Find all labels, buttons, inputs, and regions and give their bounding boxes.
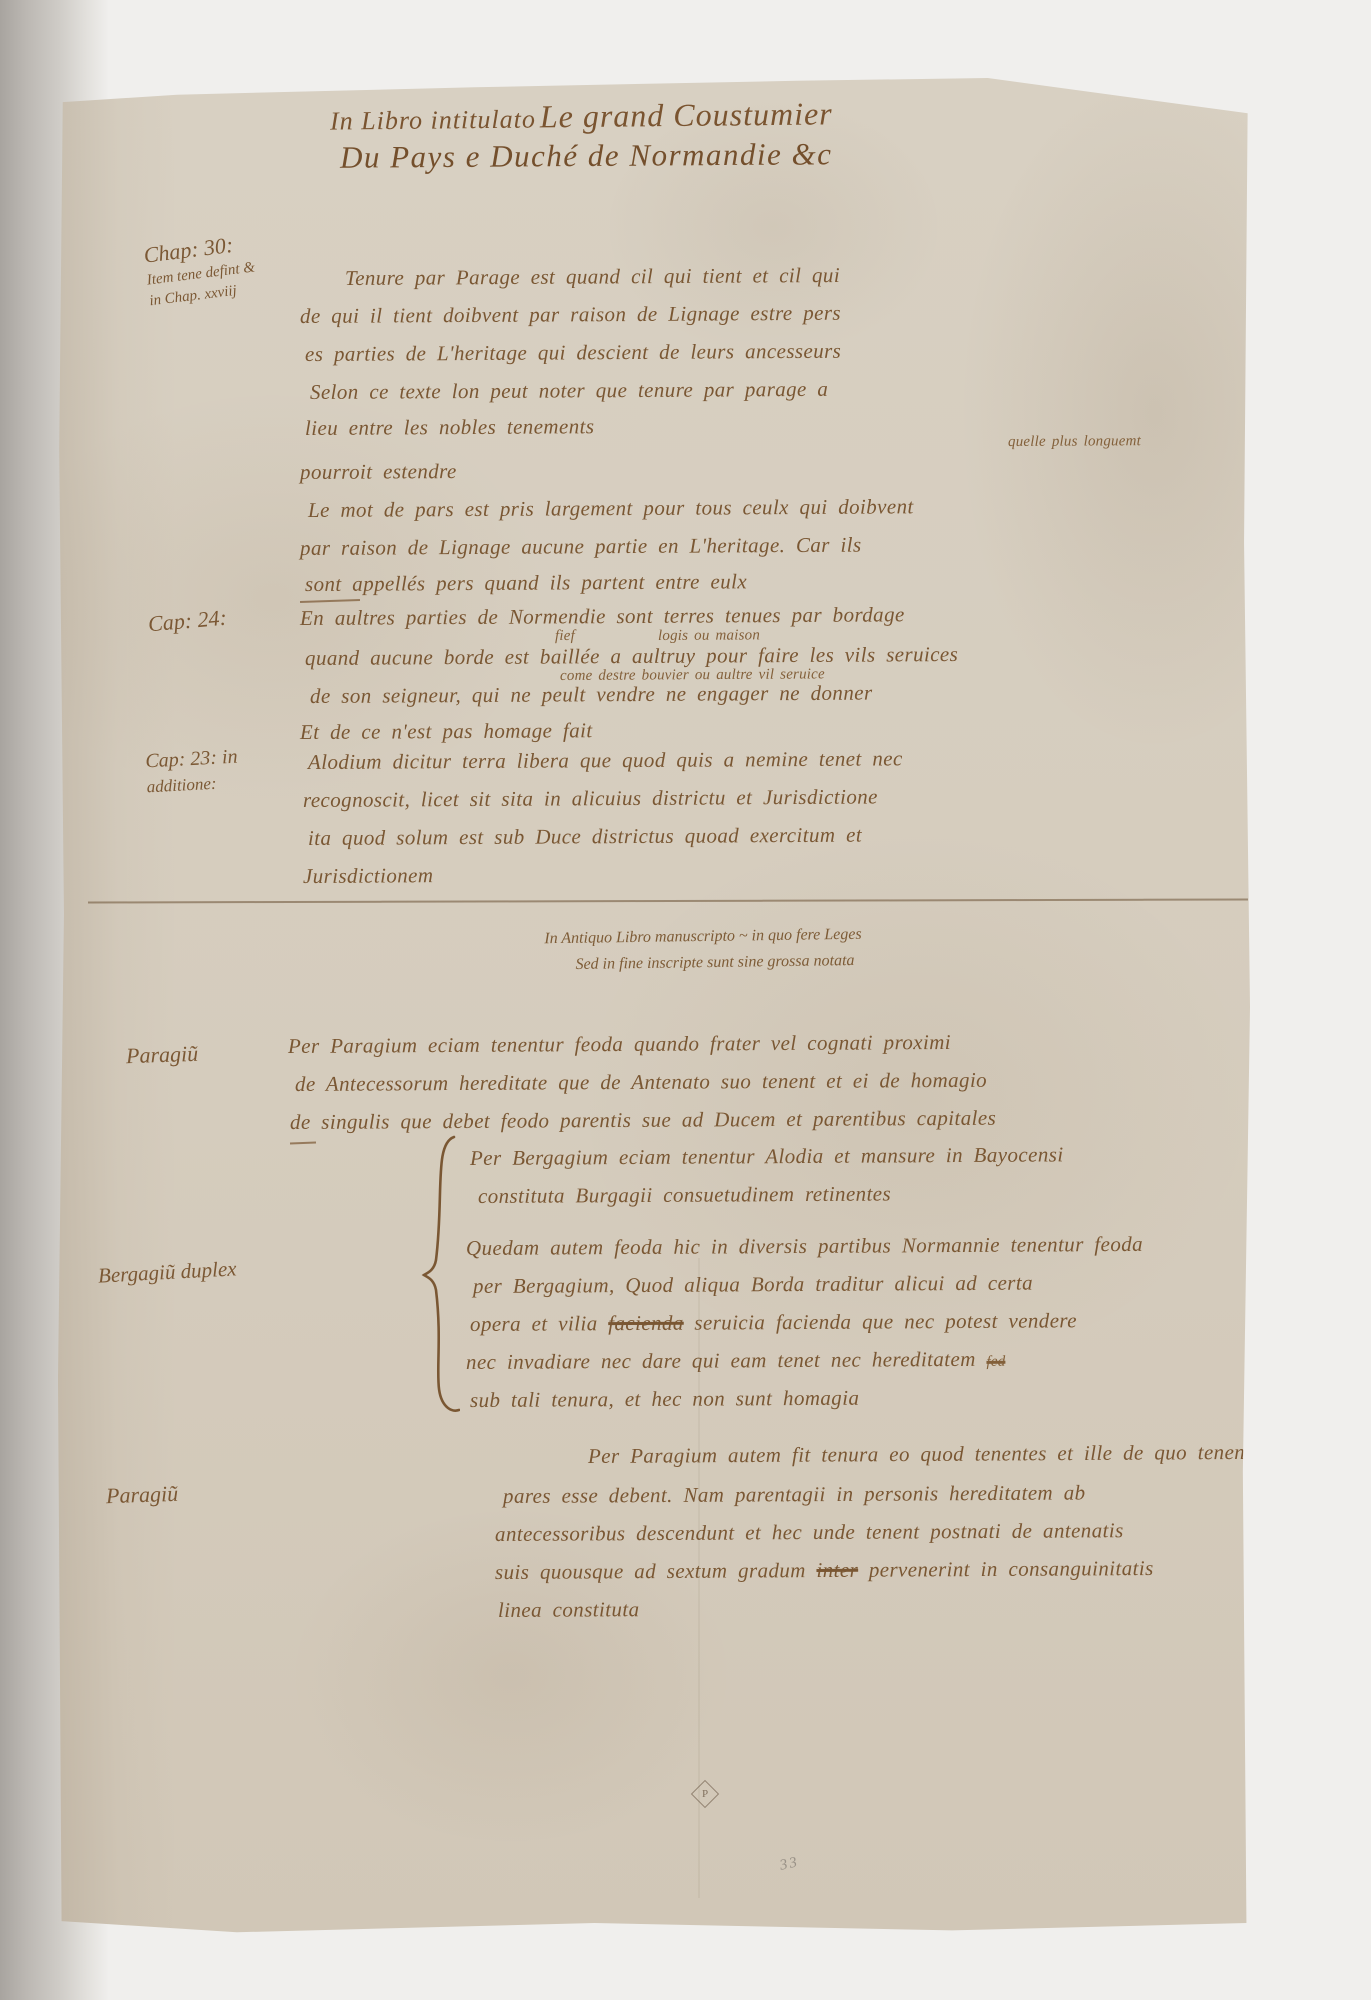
struck-word: fed	[986, 1354, 1005, 1370]
ink-dash	[290, 1142, 316, 1145]
manuscript-line-segment: suis quousque ad sextum gradum	[495, 1558, 817, 1584]
margin-note-line: Cap: 24:	[147, 605, 228, 638]
manuscript-line: par raison de Lignage aucune partie en L…	[300, 533, 862, 561]
margin-note-paragium-1: Paragiũ	[126, 1041, 199, 1070]
manuscript-line: Alodium dicitur terra libera que quod qu…	[308, 746, 903, 775]
margin-note-bergagium: Bergagiũ duplex	[97, 1256, 237, 1288]
manuscript-line: Per Paragium eciam tenentur feoda quando…	[288, 1030, 951, 1059]
margin-note-line: Cap: 23: in	[145, 746, 238, 774]
title-line-1-large: Le grand Coustumier	[540, 95, 833, 134]
manuscript-line: de singulis que debet feodo parentis sue…	[290, 1106, 996, 1135]
collection-stamp: P	[691, 1780, 719, 1808]
title-line-1: In Libro intitulato Le grand Coustumier	[330, 95, 833, 137]
margin-note-line: Bergagiũ duplex	[97, 1256, 237, 1288]
manuscript-line: pourroit estendre	[300, 459, 457, 485]
stamp-glyph: P	[702, 1788, 708, 1800]
parchment-leaf: In Libro intitulato Le grand Coustumier …	[58, 78, 1250, 1936]
manuscript-line: Tenure par Parage est quand cil qui tien…	[345, 263, 840, 291]
manuscript-line: Selon ce texte lon peut noter que tenure…	[310, 377, 828, 405]
manuscript-line: Le mot de pars est pris largement pour t…	[308, 494, 914, 523]
manuscript-line: de Antecessorum hereditate que de Antena…	[295, 1068, 987, 1097]
ink-dash	[300, 599, 360, 603]
manuscript-line: es parties de L'heritage qui descient de…	[305, 339, 841, 367]
manuscript-line: Et de ce n'est pas homage fait	[300, 718, 593, 745]
manuscript-line-segment: pervenerint in consanguinitatis	[858, 1556, 1154, 1582]
manuscript-line: En aultres parties de Normendie sont ter…	[300, 602, 905, 631]
manuscript-line-segment: seruicia facienda que nec potest vendere	[684, 1308, 1077, 1334]
manuscript-line: per Bergagium, Quod aliqua Borda traditu…	[473, 1271, 1033, 1299]
old-book-heading-line: Sed in fine inscripte sunt sine grossa n…	[410, 950, 1020, 977]
margin-note-line: Paragiũ	[126, 1041, 199, 1070]
manuscript-line: antecessoribus descendunt et hec unde te…	[495, 1518, 1124, 1547]
manuscript-line-segment: opera et vilia	[470, 1311, 608, 1336]
old-book-heading-line: In Antiquo Libro manuscripto ~ in quo fe…	[398, 924, 1008, 951]
manuscript-line: constituta Burgagii consuetudinem retine…	[478, 1181, 891, 1209]
margin-note-cap-24: Cap: 24:	[147, 605, 228, 638]
manuscript-line: pares esse debent. Nam parentagii in per…	[503, 1480, 1086, 1509]
manuscript-line: sub tali tenura, et hec non sunt homagia	[470, 1386, 859, 1413]
curly-brace-icon	[418, 1134, 460, 1416]
manuscript-line: Per Paragium autem fit tenura eo quod te…	[588, 1440, 1252, 1469]
title-line-2: Du Pays e Duché de Normandie &c	[340, 136, 833, 175]
pencil-inscription: 33	[778, 1854, 800, 1875]
section-divider-rule	[88, 898, 1248, 903]
margin-note-line: Paragiũ	[106, 1481, 179, 1510]
title-line-1-small: In Libro intitulato	[330, 104, 536, 135]
manuscript-line: Jurisdictionem	[303, 863, 434, 889]
struck-word: facienda	[608, 1311, 684, 1335]
interlinear-note: quelle plus longuemt	[1008, 433, 1141, 451]
manuscript-line: lieu entre les nobles tenements	[305, 414, 595, 441]
margin-note-line: additione:	[146, 773, 239, 798]
margin-note-cap-23: Cap: 23: in additione:	[145, 746, 240, 798]
margin-note-paragium-2: Paragiũ	[106, 1481, 179, 1510]
manuscript-line: Per Bergagium eciam tenentur Alodia et m…	[470, 1142, 1064, 1171]
photograph-background: In Libro intitulato Le grand Coustumier …	[0, 0, 1371, 2000]
struck-word: inter	[816, 1558, 858, 1582]
manuscript-line: de qui il tient doibvent par raison de L…	[300, 301, 841, 329]
manuscript-line: linea constituta	[498, 1597, 640, 1623]
manuscript-line-segment: nec invadiare nec dare qui eam tenet nec…	[466, 1347, 987, 1374]
manuscript-line: nec invadiare nec dare qui eam tenet nec…	[466, 1347, 1006, 1375]
interlinear-note: fief	[555, 628, 575, 645]
manuscript-line: sont appellés pers quand ils partent ent…	[305, 569, 747, 597]
manuscript-line: recognoscit, licet sit sita in alicuius …	[303, 784, 878, 813]
manuscript-line: opera et vilia facienda seruicia faciend…	[470, 1308, 1077, 1337]
manuscript-line: Quedam autem feoda hic in diversis parti…	[466, 1232, 1143, 1261]
manuscript-line: suis quousque ad sextum gradum inter per…	[495, 1556, 1154, 1585]
manuscript-line: de son seigneur, qui ne peult vendre ne …	[310, 681, 873, 709]
margin-note-chap-30: Chap: 30: Item tene defint & in Chap. xx…	[142, 230, 258, 311]
manuscript-line: ita quod solum est sub Duce districtus q…	[308, 823, 862, 851]
